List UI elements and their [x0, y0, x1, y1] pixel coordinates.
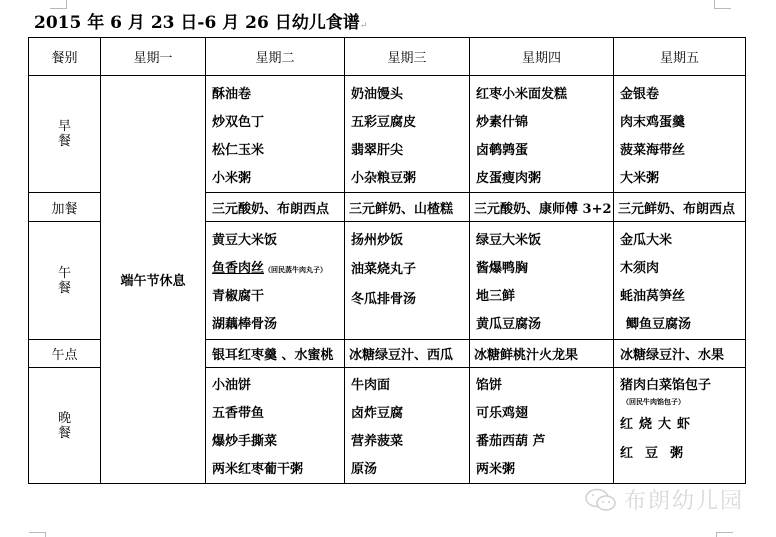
snack-wednesday: 三元鲜奶、山楂糕 [345, 193, 469, 221]
dish: 两米粥 [476, 458, 613, 477]
label-text: 加餐 [51, 198, 77, 217]
snack-friday: 三元鲜奶、布朗西点 [614, 193, 745, 221]
dish: 皮蛋瘦肉粥 [476, 167, 613, 186]
menu-table: 餐别 星期一 星期二 星期三 星期四 星期五 端午节休息 早餐 酥油卷 炒双色丁… [28, 37, 746, 484]
lunch-label-vertical: 午餐 [58, 266, 71, 296]
dish: 银耳红枣羹 、水蜜桃 [212, 344, 334, 363]
label-dinner: 晚餐 [29, 368, 100, 483]
header-text: 星期四 [522, 47, 561, 66]
page-corner-mark [29, 532, 46, 537]
label-char: 午 [58, 266, 71, 281]
page-corner-mark [714, 0, 731, 9]
dish: 冰糖绿豆汁、水果 [620, 344, 724, 363]
breakfast-label-vertical: 早餐 [58, 119, 71, 149]
dish: 卤鹌鹑蛋 [476, 139, 613, 158]
header-meal-type: 餐别 [29, 38, 100, 75]
afternoon-wednesday: 冰糖绿豆汁、西瓜 [345, 340, 469, 367]
dish: 五香带鱼 [212, 402, 344, 421]
afternoon-thursday: 冰糖鲜桃汁火龙果 [470, 340, 613, 367]
dish: 三元酸奶、布朗西点 [212, 198, 329, 217]
dinner-wednesday: 牛肉面 卤炸豆腐 营养菠菜 原汤 [345, 368, 469, 483]
dish: 翡翠肝尖 [351, 139, 469, 158]
dish-note: （回民牛肉馅包子） [620, 397, 745, 407]
label-lunch: 午餐 [29, 222, 100, 339]
dish: 冰糖鲜桃汁火龙果 [474, 344, 578, 363]
snack-tuesday: 三元酸奶、布朗西点 [206, 193, 344, 221]
dish: 三元鲜奶、山楂糕 [349, 198, 453, 217]
label-breakfast: 早餐 [29, 76, 100, 192]
dish: 爆炒手撕菜 [212, 430, 344, 449]
dish: 小杂粮豆粥 [351, 167, 469, 186]
dish: 绿豆大米饭 [476, 229, 613, 248]
dish: 扬州炒饭 [351, 229, 469, 248]
dish: 黄瓜豆腐汤 [476, 313, 613, 332]
dish: 猪肉白菜馅包子 [620, 374, 745, 393]
watermark: 布朗幼儿园 [584, 484, 744, 515]
dish: 鱼香肉丝 [212, 261, 264, 276]
dish: 馅饼 [476, 374, 613, 393]
label-afternoon-snack: 午点 [29, 340, 100, 367]
dish: 冰糖绿豆汁、西瓜 [349, 344, 453, 363]
dish: 三元酸奶、康师傅 3+2 [474, 198, 612, 217]
paragraph-mark-icon: ↵ [360, 21, 368, 31]
dish: 牛肉面 [351, 374, 469, 393]
label-char: 早 [58, 119, 71, 134]
label-char: 餐 [58, 426, 71, 441]
table-border [745, 37, 746, 484]
dish: 大米粥 [620, 167, 745, 186]
dish: 肉末鸡蛋羹 [620, 111, 745, 130]
header-text: 星期一 [133, 47, 172, 66]
dinner-label-vertical: 晚餐 [58, 411, 71, 441]
breakfast-friday: 金银卷 肉末鸡蛋羹 菠菜海带丝 大米粥 [614, 76, 745, 192]
dinner-tuesday: 小油饼 五香带鱼 爆炒手撕菜 两米红枣葡干粥 [206, 368, 344, 483]
dish-note: （回民蒸牛肉丸子） [264, 265, 327, 274]
breakfast-thursday: 红枣小米面发糕 炒素什锦 卤鹌鹑蛋 皮蛋瘦肉粥 [470, 76, 613, 192]
label-char: 晚 [58, 411, 71, 426]
dish: 冬瓜排骨汤 [351, 288, 469, 307]
afternoon-tuesday: 银耳红枣羹 、水蜜桃 [206, 340, 344, 367]
dish: 五彩豆腐皮 [351, 111, 469, 130]
dish: 卤炸豆腐 [351, 402, 469, 421]
dish: 小油饼 [212, 374, 344, 393]
header-tuesday: 星期二 [206, 38, 344, 75]
dish: 两米红枣葡干粥 [212, 458, 344, 477]
header-text: 餐别 [51, 47, 77, 66]
label-snack: 加餐 [29, 193, 100, 221]
dish: 酱爆鸭胸 [476, 257, 613, 276]
dish: 营养菠菜 [351, 430, 469, 449]
dish: 青椒腐干 [212, 285, 344, 304]
label-text: 午点 [51, 344, 77, 363]
dish: 三元鲜奶、布朗西点 [618, 198, 735, 217]
empty-line [351, 317, 469, 332]
snack-thursday: 三元酸奶、康师傅 3+2 [470, 193, 613, 221]
dish: 松仁玉米 [212, 139, 344, 158]
holiday-text: 端午节休息 [120, 270, 185, 289]
header-text: 星期二 [255, 47, 294, 66]
dish: 原汤 [351, 458, 469, 477]
dish-with-note: 鱼香肉丝（回民蒸牛肉丸子） [212, 257, 344, 276]
dish: 番茄西葫 芦 [476, 430, 613, 449]
dish: 木须肉 [620, 257, 745, 276]
dish: 湖藕棒骨汤 [212, 313, 344, 332]
title-text: 2015 年 6 月 23 日-6 月 26 日幼儿食谱 [34, 13, 360, 33]
dish: 奶油馒头 [351, 83, 469, 102]
breakfast-wednesday: 奶油馒头 五彩豆腐皮 翡翠肝尖 小杂粮豆粥 [345, 76, 469, 192]
dinner-thursday: 馅饼 可乐鸡翅 番茄西葫 芦 两米粥 [470, 368, 613, 483]
label-char: 餐 [58, 134, 71, 149]
dish: 炒双色丁 [212, 111, 344, 130]
dish: 金瓜大米 [620, 229, 745, 248]
afternoon-friday: 冰糖绿豆汁、水果 [614, 340, 745, 367]
dinner-friday: 猪肉白菜馅包子 （回民牛肉馅包子） 红烧大虾 红豆粥 [614, 368, 745, 483]
dish: 炒素什锦 [476, 111, 613, 130]
lunch-tuesday: 黄豆大米饭 鱼香肉丝（回民蒸牛肉丸子） 青椒腐干 湖藕棒骨汤 [206, 222, 344, 339]
watermark-text: 布朗幼儿园 [624, 484, 744, 515]
header-monday: 星期一 [101, 38, 205, 75]
document-title: 2015 年 6 月 23 日-6 月 26 日幼儿食谱↵ [34, 8, 367, 33]
dish: 红烧大虾 [620, 413, 745, 432]
header-text: 星期三 [387, 47, 426, 66]
dish: 可乐鸡翅 [476, 402, 613, 421]
dish: 油菜烧丸子 [351, 258, 469, 277]
dish: 菠菜海带丝 [620, 139, 745, 158]
breakfast-tuesday: 酥油卷 炒双色丁 松仁玉米 小米粥 [206, 76, 344, 192]
page-corner-mark [716, 532, 733, 537]
header-thursday: 星期四 [470, 38, 613, 75]
dish: 蚝油莴笋丝 [620, 285, 745, 304]
dish: 地三鲜 [476, 285, 613, 304]
label-char: 餐 [58, 281, 71, 296]
header-wednesday: 星期三 [345, 38, 469, 75]
dish: 金银卷 [620, 83, 745, 102]
dish: 小米粥 [212, 167, 344, 186]
monday-holiday-cell: 端午节休息 [101, 76, 205, 483]
lunch-thursday: 绿豆大米饭 酱爆鸭胸 地三鲜 黄瓜豆腐汤 [470, 222, 613, 339]
lunch-wednesday: 扬州炒饭 油菜烧丸子 冬瓜排骨汤 [345, 222, 469, 339]
wechat-icon [584, 487, 618, 513]
dish: 黄豆大米饭 [212, 229, 344, 248]
dish: 红豆粥 [620, 442, 745, 461]
dish: 酥油卷 [212, 83, 344, 102]
dish: 红枣小米面发糕 [476, 83, 613, 102]
dish: 鲫鱼豆腐汤 [620, 313, 745, 332]
header-friday: 星期五 [614, 38, 745, 75]
header-text: 星期五 [660, 47, 699, 66]
lunch-friday: 金瓜大米 木须肉 蚝油莴笋丝 鲫鱼豆腐汤 [614, 222, 745, 339]
